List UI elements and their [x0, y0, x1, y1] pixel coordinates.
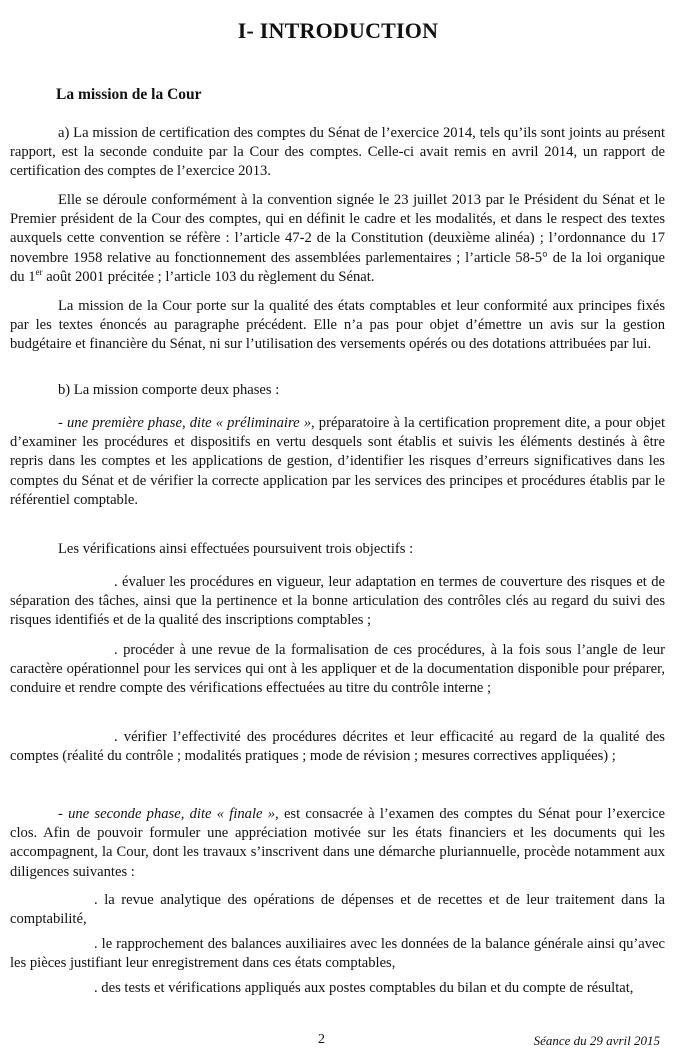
paragraph-scope: La mission de la Cour porte sur la quali… [10, 297, 665, 355]
paragraph-phase-final: - une seconde phase, dite « finale », es… [10, 805, 665, 882]
page-number: 2 [318, 1032, 325, 1048]
list-item-diligence-2: . le rapprochement des balances auxiliai… [10, 935, 665, 973]
document-page: I- INTRODUCTION La mission de la Cour a)… [0, 0, 676, 1062]
paragraph-text: . le rapprochement des balances auxiliai… [10, 936, 665, 971]
superscript: er [36, 267, 43, 277]
paragraph-phase-preliminary: - une première phase, dite « préliminair… [10, 414, 665, 510]
paragraph-text: . vérifier l’effectivité des procédures … [10, 729, 665, 764]
phase-label: une première phase, dite « préliminaire … [67, 415, 311, 431]
paragraph-text: b) La mission comporte deux phases : [58, 382, 279, 398]
paragraph-text: août 2001 précitée ; l’article 103 du rè… [43, 269, 375, 285]
list-item-objective-2: . procéder à une revue de la formalisati… [10, 641, 665, 699]
paragraph-convention: Elle se déroule conformément à la conven… [10, 191, 665, 287]
session-date: Séance du 29 avril 2015 [534, 1033, 660, 1049]
page-title: I- INTRODUCTION [0, 18, 676, 44]
paragraph-text: La mission de la Cour porte sur la quali… [10, 298, 665, 352]
paragraph-text: Les vérifications ainsi effectuées pours… [58, 541, 413, 557]
phase-label: une seconde phase, dite « finale » [68, 806, 275, 822]
paragraph-text: . procéder à une revue de la formalisati… [10, 642, 665, 696]
paragraph-text: . la revue analytique des opérations de … [10, 892, 665, 927]
list-item-diligence-3: . des tests et vérifications appliqués a… [10, 979, 665, 998]
dash: - [58, 415, 67, 431]
paragraph-objectives-intro: Les vérifications ainsi effectuées pours… [10, 540, 665, 559]
paragraph-text: . évaluer les procédures en vigueur, leu… [10, 574, 665, 628]
list-item-diligence-1: . la revue analytique des opérations de … [10, 891, 665, 929]
paragraph-text: a) La mission de certification des compt… [10, 125, 665, 179]
paragraph-text: . des tests et vérifications appliqués a… [94, 980, 633, 996]
paragraph-phases-intro: b) La mission comporte deux phases : [10, 381, 665, 400]
section-heading: La mission de la Cour [56, 86, 202, 104]
dash: - [58, 806, 68, 822]
list-item-objective-1: . évaluer les procédures en vigueur, leu… [10, 573, 665, 631]
paragraph-mission-a: a) La mission de certification des compt… [10, 124, 665, 182]
list-item-objective-3: . vérifier l’effectivité des procédures … [10, 728, 665, 766]
